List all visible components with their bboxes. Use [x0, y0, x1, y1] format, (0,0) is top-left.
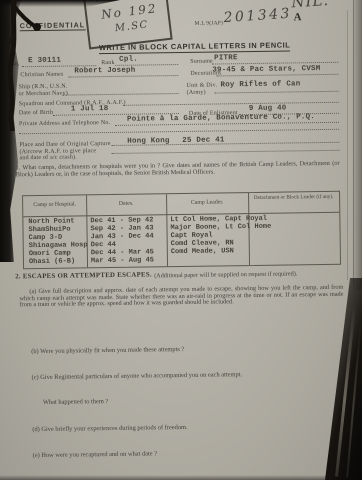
- binding-twig: [0, 0, 70, 131]
- column-camps: North Point ShamShuiPo Camp 3-D Shinagaw…: [28, 218, 87, 266]
- dotted-line: [215, 91, 339, 94]
- nil-annotation: NIL.: [291, 0, 330, 11]
- page-stack-edge-line: [347, 10, 348, 280]
- rank-label: Rank: [101, 60, 115, 67]
- surname-value: PITRE: [214, 54, 238, 62]
- column-leaders: Lt Col Home, Capt Royal Major Boone, Lt …: [170, 216, 271, 257]
- header-camp-or-hospital: Camp or Hospital.: [23, 201, 86, 208]
- dotted-line: [63, 93, 179, 96]
- stamp-number-line: No 192: [100, 1, 158, 22]
- grade-letter: A: [293, 11, 301, 23]
- section-2-heading: 2. ESCAPES OR ATTEMPTED ESCAPES.: [15, 271, 152, 280]
- stamp-no-prefix: No: [100, 5, 123, 21]
- question-2c-text: (c) Give Regimental particulars of anyon…: [32, 371, 243, 381]
- photo-edge-bottom-shadow: [0, 475, 362, 480]
- question-2c-followup-text: What happened to them ?: [43, 398, 108, 406]
- decorations-value: 39-45 & Pac Stars, CVSM: [212, 65, 320, 75]
- header-detachment-leader: Detachment or Block Leader (if any).: [250, 195, 337, 202]
- question-2b-text: (b) Were you physically fit when you mad…: [31, 346, 184, 355]
- header-camp-leader: Camp Leader.: [166, 199, 248, 206]
- dotted-line: [123, 102, 339, 106]
- scanned-pow-questionnaire-photo: No 192 M.SC NIL. CONFIDENTIAL M.L 9(JAP)…: [0, 0, 362, 480]
- header-dates: Dates.: [86, 200, 166, 207]
- question-2e-text: (e) How were you recaptured and on what …: [33, 450, 157, 459]
- stamp-note: M.SC: [114, 19, 149, 34]
- dotted-line: [115, 64, 178, 66]
- instruction-heading: WRITE IN BLOCK CAPITAL LETTERS IN PENCIL: [99, 40, 290, 54]
- capture-label: Place and Date of Original Capture: [19, 141, 110, 149]
- section-2-note: (Additional paper will be supplied on re…: [154, 270, 297, 279]
- dotted-line: [68, 75, 178, 78]
- stamp-number: 192: [128, 1, 158, 18]
- case-number-handwritten: 201343: [223, 6, 292, 27]
- column-dates: Dec 41 - Sep 42 Sep 42 - Jan 43 Jan 43 -…: [90, 217, 154, 265]
- surname-label: Surname: [190, 59, 213, 66]
- date-of-birth-value: 1 Jul 18: [71, 105, 109, 114]
- date-of-enlistment-value: 9 Aug 40: [249, 105, 287, 114]
- photo-edge-right-shadow: [352, 0, 362, 290]
- capture-sublabel-2: and date of a/c crash).: [19, 154, 76, 161]
- ref-form-label: M.L 9(JAP): [195, 20, 223, 27]
- question-2a-text: (a) Give full description and approx. da…: [19, 285, 343, 310]
- christian-names-value: Robert Joseph: [74, 67, 135, 76]
- question-2d-text: (d) Give briefly your experiences during…: [32, 424, 187, 433]
- camps-table: Camp or Hospital. Dates. Camp Leader. De…: [22, 191, 341, 269]
- dotted-line: [111, 150, 339, 154]
- rank-value: Cpl.: [119, 56, 138, 64]
- unit-div-value: Roy Rifles of Can: [220, 80, 300, 89]
- question-1-text: 1. What camps, detachments or hospitals …: [16, 161, 340, 179]
